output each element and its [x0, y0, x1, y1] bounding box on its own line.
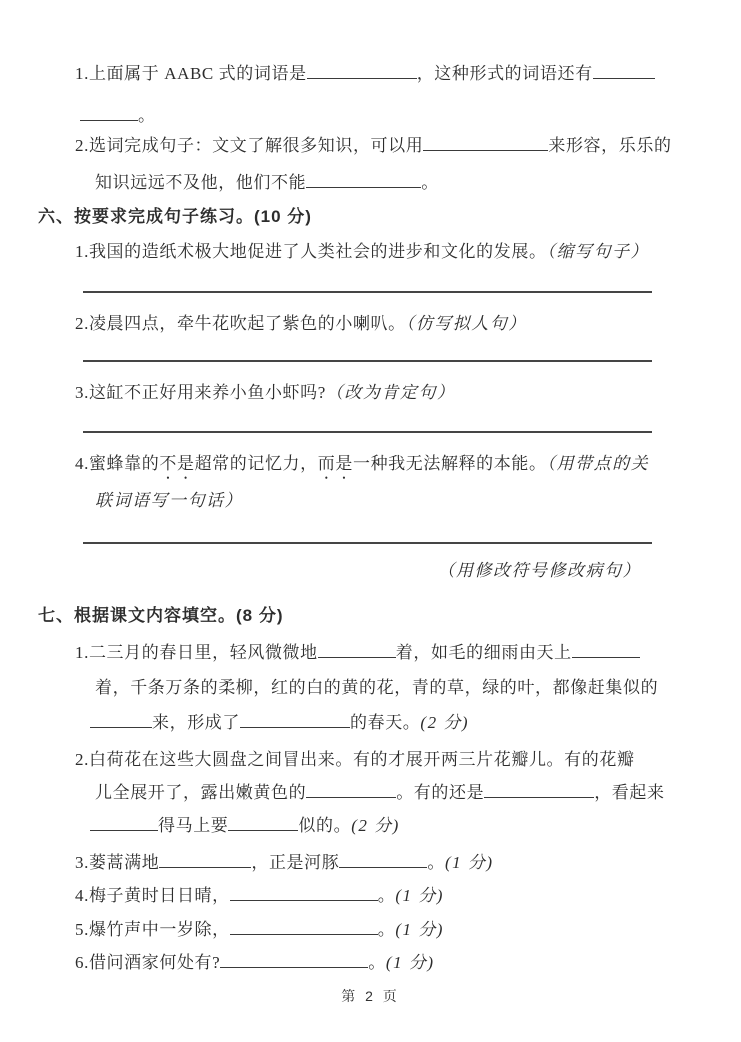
answer-blank	[307, 63, 417, 79]
s6-q4-line2: 联词语写一句话）	[0, 489, 741, 513]
answer-blank	[306, 782, 396, 798]
text-run: 1.上面属于 AABC 式的词语是	[75, 64, 307, 83]
text-run: 。	[378, 920, 396, 939]
text-run: ，这种形式的词语还有	[417, 64, 593, 83]
answer-blank	[593, 63, 655, 79]
text-run: 。有的还是	[396, 783, 484, 802]
text-run: 。	[427, 853, 445, 872]
prev-q2-line2: 知识远远不及他，他们不能。	[0, 171, 741, 195]
instruction-note: （缩写句子）	[547, 242, 650, 261]
text-run: 1.我国的造纸术极大地促进了人类社会的进步和文化的发展。	[75, 242, 547, 261]
text-run: 儿全展开了，露出嫩黄色的	[95, 783, 306, 802]
s7-q4: 4.梅子黄时日日晴，。(1 分)	[0, 884, 741, 908]
instruction-note: (1 分)	[395, 920, 444, 939]
text-run: 似的。	[298, 816, 351, 835]
text-run: 得马上要	[158, 816, 228, 835]
text-run: 知识远远不及他，他们不能	[95, 173, 306, 192]
instruction-note: (1 分)	[445, 853, 494, 872]
text-run: 着，如毛的细雨由天上	[396, 643, 572, 662]
text-run: 七、根据课文内容填空。(8 分)	[38, 606, 284, 625]
answer-blank	[572, 642, 640, 658]
text-run: 的春天。	[350, 713, 420, 732]
instruction-note: 联词语写一句话）	[95, 491, 243, 510]
text-run: 不是	[159, 454, 194, 473]
instruction-note: (2 分)	[351, 816, 400, 835]
s7-q2-line3: 得马上要似的。(2 分)	[0, 814, 741, 838]
text-run: 而是	[318, 454, 353, 473]
s6-q1: 1.我国的造纸术极大地促进了人类社会的进步和文化的发展。（缩写句子）	[0, 240, 741, 264]
s6-q2: 2.凌晨四点，牵牛花吹起了紫色的小喇叭。（仿写拟人句）	[0, 312, 741, 336]
s7-q1-line2: 着，千条万条的柔柳，红的白的黄的花，青的草，绿的叶，都像赶集似的	[0, 676, 741, 700]
scanned-exam-page: 1.上面属于 AABC 式的词语是，这种形式的词语还有。2.选词完成句子：文文了…	[0, 0, 741, 1042]
text-run: 。	[138, 106, 156, 125]
s7-q3: 3.蒌蒿满地，正是河豚。(1 分)	[0, 851, 741, 875]
instruction-note: （用修改符号修改病句）	[438, 561, 642, 580]
section7-header: 七、根据课文内容填空。(8 分)	[0, 604, 741, 628]
answer-blank	[159, 852, 251, 868]
instruction-note: (2 分)	[420, 713, 469, 732]
text-run: 3.蒌蒿满地	[75, 853, 159, 872]
text-run: 一种我无法解释的本能。	[353, 454, 547, 473]
answer-blank	[230, 919, 378, 935]
text-run: 4.梅子黄时日日晴，	[75, 886, 230, 905]
answer-blank	[318, 642, 396, 658]
answer-blank	[90, 815, 158, 831]
text-run: 六、按要求完成句子练习。(10 分)	[38, 207, 312, 226]
text-run: 1.二三月的春日里，轻风微微地	[75, 643, 318, 662]
text-run: 。	[378, 886, 396, 905]
text-run: 来，形成了	[152, 713, 240, 732]
s6-q1-answer-rule	[83, 291, 652, 293]
text-run: 2.凌晨四点，牵牛花吹起了紫色的小喇叭。	[75, 314, 406, 333]
s6-q4-answer-rule	[83, 542, 652, 544]
answer-blank	[339, 852, 427, 868]
text-run: ，正是河豚	[251, 853, 339, 872]
prev-q2-line1: 2.选词完成句子：文文了解很多知识，可以用来形容，乐乐的	[0, 134, 741, 158]
answer-blank	[80, 105, 138, 121]
s7-q2-line2: 儿全展开了，露出嫩黄色的。有的还是，看起来	[0, 781, 741, 805]
prev-q1-line1: 1.上面属于 AABC 式的词语是，这种形式的词语还有	[0, 62, 741, 86]
text-run: 超常的记忆力，	[195, 454, 318, 473]
s6-q3-answer-rule	[83, 431, 652, 433]
document-body: 1.上面属于 AABC 式的词语是，这种形式的词语还有。2.选词完成句子：文文了…	[0, 62, 741, 975]
s7-q1-line3: 来，形成了的春天。(2 分)	[0, 711, 741, 735]
text-run: 5.爆竹声中一岁除，	[75, 920, 230, 939]
answer-blank	[484, 782, 594, 798]
text-run: 3.这缸不正好用来养小鱼小虾吗?	[75, 383, 326, 402]
answer-blank	[240, 712, 350, 728]
answer-blank	[90, 712, 152, 728]
text-run: 着，千条万条的柔柳，红的白的黄的花，青的草，绿的叶，都像赶集似的	[95, 678, 658, 697]
answer-blank	[306, 172, 421, 188]
text-run: 6.借问酒家何处有?	[75, 953, 220, 972]
s6-revision-note: （用修改符号修改病句）	[0, 559, 741, 583]
instruction-note: (1 分)	[395, 886, 444, 905]
s6-q3: 3.这缸不正好用来养小鱼小虾吗?（改为肯定句）	[0, 381, 741, 405]
text-run: ，看起来	[594, 783, 664, 802]
answer-blank	[230, 885, 378, 901]
prev-q1-line2: 。	[0, 104, 741, 128]
text-run: 来形容，乐乐的	[548, 136, 671, 155]
answer-blank	[423, 135, 548, 151]
text-run: 4.蜜蜂靠的	[75, 454, 159, 473]
s7-q2-line1: 2.白荷花在这些大圆盘之间冒出来。有的才展开两三片花瓣儿。有的花瓣	[0, 748, 741, 772]
s7-q5: 5.爆竹声中一岁除，。(1 分)	[0, 918, 741, 942]
section6-header: 六、按要求完成句子练习。(10 分)	[0, 205, 741, 229]
answer-blank	[228, 815, 298, 831]
text-run: 2.选词完成句子：文文了解很多知识，可以用	[75, 136, 423, 155]
instruction-note: （仿写拟人句）	[406, 314, 527, 333]
instruction-note: （改为肯定句）	[326, 383, 456, 402]
s6-q2-answer-rule	[83, 360, 652, 362]
instruction-note: （用带点的关	[547, 454, 650, 473]
s6-q4-line1: 4.蜜蜂靠的不是超常的记忆力，而是一种我无法解释的本能。（用带点的关	[0, 452, 741, 483]
s7-q1-line1: 1.二三月的春日里，轻风微微地着，如毛的细雨由天上	[0, 641, 741, 665]
answer-blank	[220, 952, 368, 968]
text-run: 。	[421, 173, 439, 192]
text-run: 。	[368, 953, 386, 972]
page-number: 第 2 页	[0, 986, 741, 1006]
text-run: 2.白荷花在这些大圆盘之间冒出来。有的才展开两三片花瓣儿。有的花瓣	[75, 750, 635, 769]
s7-q6: 6.借问酒家何处有?。(1 分)	[0, 951, 741, 975]
instruction-note: (1 分)	[386, 953, 435, 972]
